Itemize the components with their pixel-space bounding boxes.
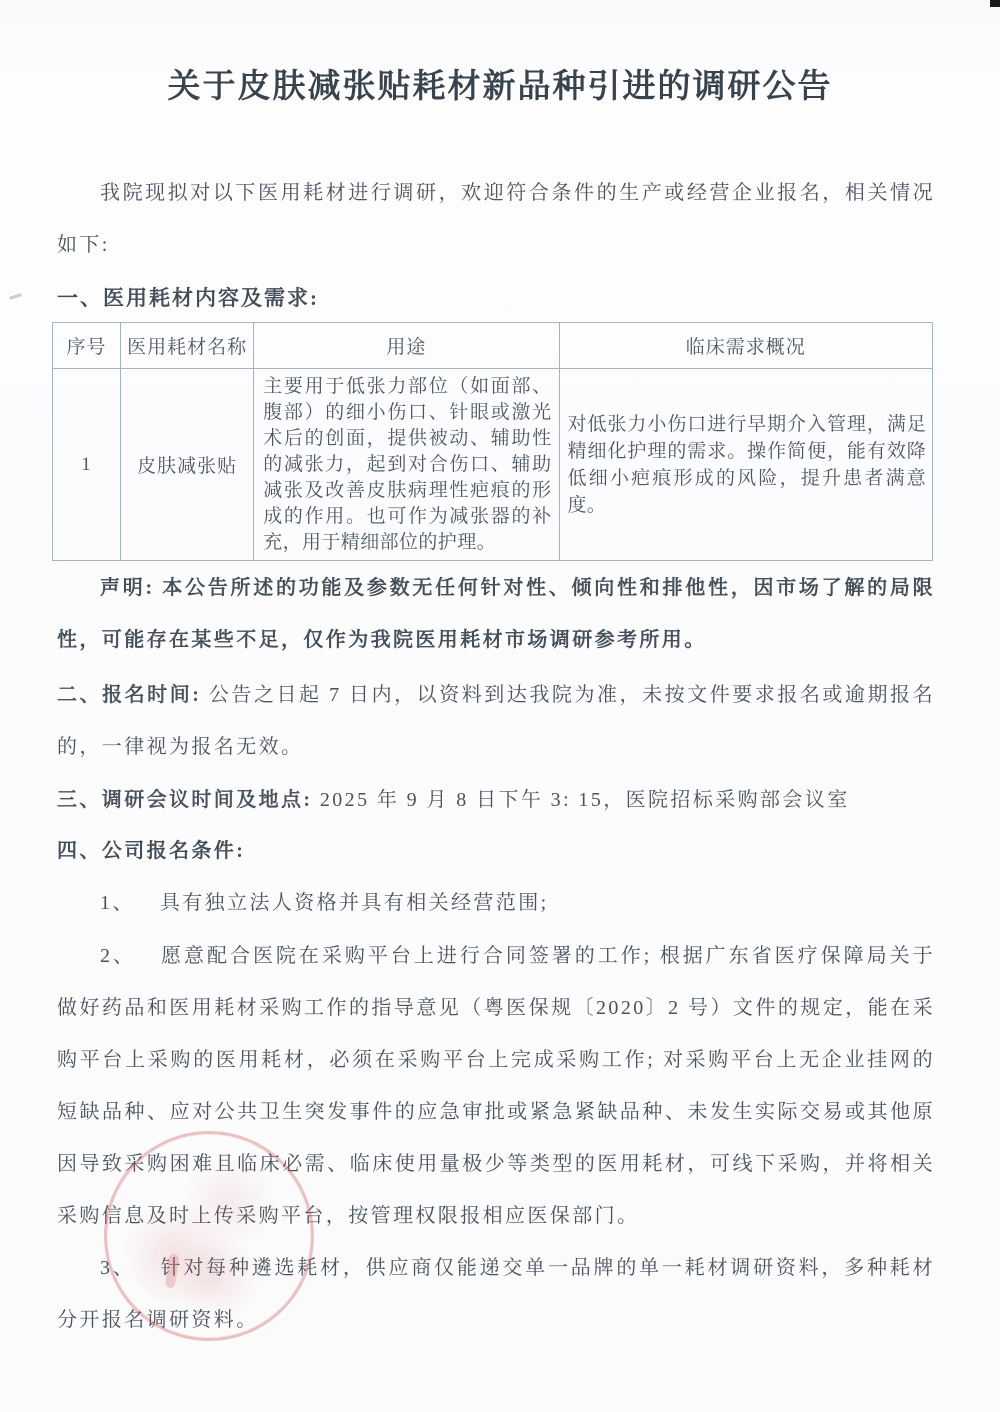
item-1-number: 1、 [100,892,135,914]
section1-heading: 一、医用耗材内容及需求: [57,281,935,315]
condition-item-1: 1、具有独立法人资格并具有相关经营范围; [57,877,935,929]
section3-text: 2025 年 9 月 8 日下午 3: 15，医院招标采购部会议室 [312,789,849,811]
section3-label: 三、调研会议时间及地点: [57,789,312,811]
red-seal-stamp-texture [125,1152,293,1320]
statement-paragraph: 声明: 本公告所述的功能及参数无任何针对性、倾向性和排他性，因市场了解的局限性，… [57,562,935,666]
section4-heading: 四、公司报名条件: [57,825,935,877]
table-header-row: 序号 医用耗材名称 用途 临床需求概况 [53,323,933,369]
header-name: 医用耗材名称 [121,323,254,369]
section3-paragraph: 三、调研会议时间及地点: 2025 年 9 月 8 日下午 3: 15，医院招标… [57,774,935,826]
table-row: 1 皮肤减张贴 主要用于低张力部位（如面部、腹部）的细小伤口、针眼或激光术后的创… [53,369,933,561]
section2-paragraph: 二、报名时间: 公告之日起 7 日内，以资料到达我院为准，未按文件要求报名或逾期… [57,669,935,773]
cell-usage: 主要用于低张力部位（如面部、腹部）的细小伤口、针眼或激光术后的创面，提供被动、辅… [254,369,559,561]
item-1-text: 具有独立法人资格并具有相关经营范围; [160,892,549,914]
intro-paragraph: 我院现拟对以下医用耗材进行调研，欢迎符合条件的生产或经营企业报名，相关情况如下: [57,167,935,271]
cell-seq: 1 [53,369,121,561]
item-2-number: 2、 [100,945,136,967]
scan-edge-artifact [9,293,22,300]
scanned-document-page: 关于皮肤减张贴耗材新品种引进的调研公告 我院现拟对以下医用耗材进行调研，欢迎符合… [0,0,1000,1412]
header-usage: 用途 [254,323,559,369]
cell-clinical-need: 对低张力小伤口进行早期介入管理，满足精细化护理的需求。操作简便，能有效降低细小疤… [559,369,932,561]
header-clinical-need: 临床需求概况 [559,323,932,369]
consumables-table: 序号 医用耗材名称 用途 临床需求概况 1 皮肤减张贴 主要用于低张力部位（如面… [52,322,933,561]
scan-corner-artifact [990,0,1000,7]
cell-name: 皮肤减张贴 [121,369,254,561]
red-seal-stamp [104,1131,314,1341]
section2-label: 二、报名时间: [57,684,201,706]
header-seq: 序号 [53,323,121,369]
document-title: 关于皮肤减张贴耗材新品种引进的调研公告 [0,60,1000,107]
